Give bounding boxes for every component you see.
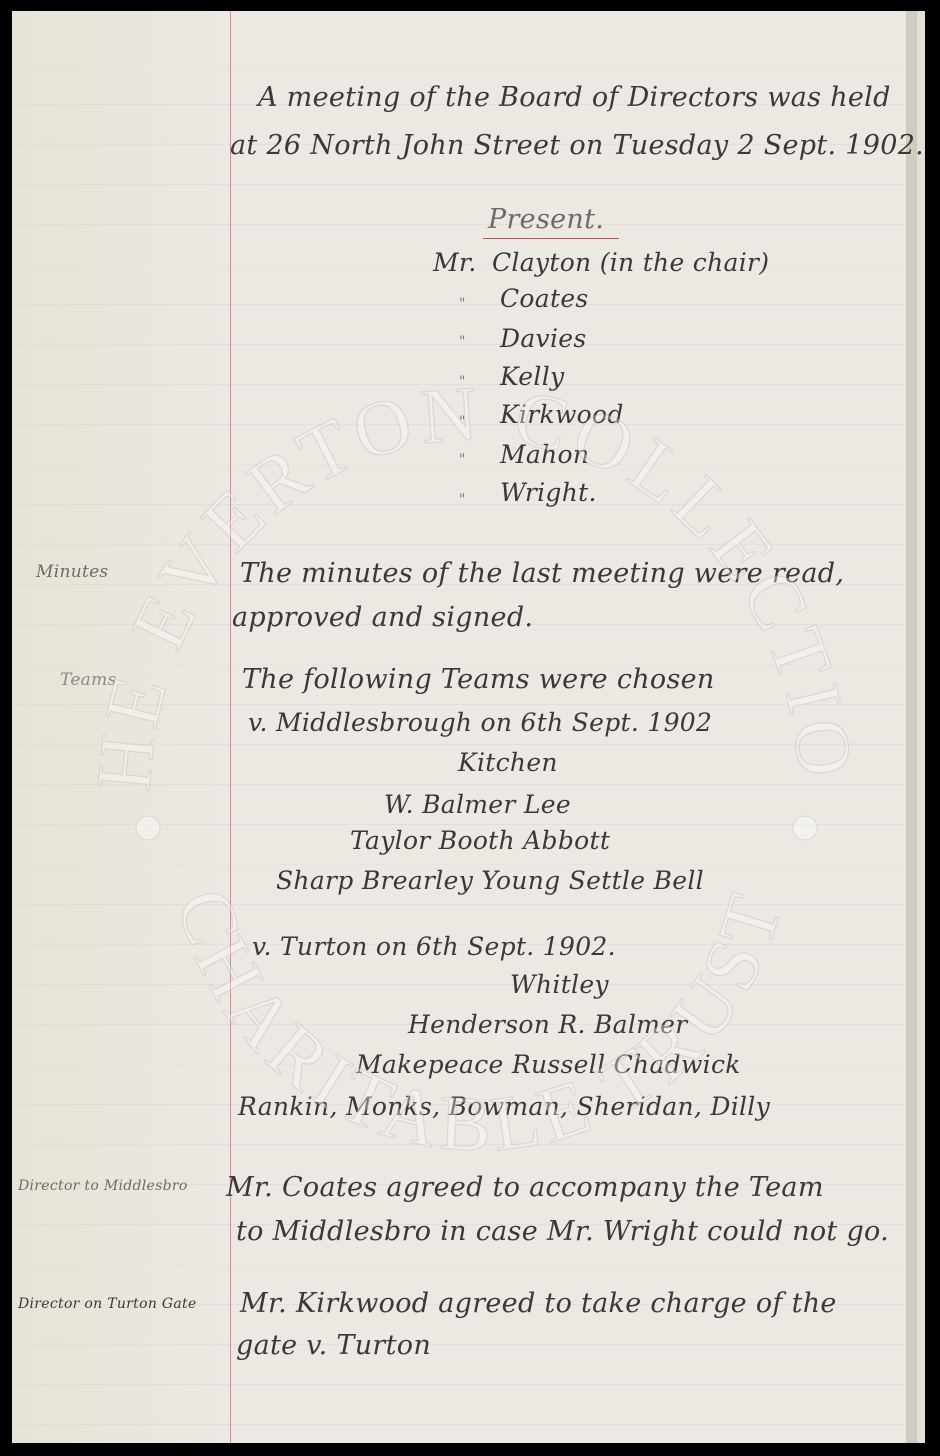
heading-line-1: A meeting of the Board of Directors was …: [258, 82, 891, 113]
present-member: Mahon: [500, 440, 589, 469]
ditto-mark: ": [459, 492, 465, 508]
present-member: Davies: [500, 324, 587, 353]
minutes-line-2: approved and signed.: [232, 602, 533, 633]
team2-fixture: v. Turton on 6th Sept. 1902.: [252, 932, 616, 961]
page-edge-strip: [906, 11, 917, 1443]
team1-row: Sharp Brearley Young Settle Bell: [276, 866, 704, 895]
present-member: Wright.: [500, 478, 597, 507]
present-underline: [483, 238, 619, 239]
director-middlesbro-line-2: to Middlesbro in case Mr. Wright could n…: [236, 1216, 889, 1247]
heading-line-2: at 26 North John Street on Tuesday 2 Sep…: [230, 130, 924, 161]
ditto-mark: ": [459, 374, 465, 390]
present-member: Coates: [500, 284, 589, 313]
present-title: Present.: [488, 204, 604, 235]
team1-row: W. Balmer Lee: [384, 790, 571, 819]
margin-label-teams: Teams: [60, 670, 117, 690]
team1-row: Taylor Booth Abbott: [350, 826, 610, 855]
director-middlesbro-line-1: Mr. Coates agreed to accompany the Team: [226, 1172, 824, 1203]
ditto-mark: ": [459, 414, 465, 430]
ditto-mark: ": [459, 296, 465, 312]
page-edge-strip: [917, 11, 925, 1443]
team2-row: Makepeace Russell Chadwick: [356, 1050, 741, 1079]
present-member: Kelly: [500, 362, 564, 391]
present-prefix: Mr.: [433, 248, 477, 277]
team1-fixture: v. Middlesbrough on 6th Sept. 1902: [248, 708, 712, 737]
team2-row: Henderson R. Balmer: [408, 1010, 688, 1039]
margin-label-director-turton: Director on Turton Gate: [18, 1296, 197, 1312]
page-left-tint: [12, 11, 230, 1443]
director-turton-line-2: gate v. Turton: [236, 1330, 431, 1361]
margin-label-director-middlesbro: Director to Middlesbro: [18, 1178, 188, 1194]
present-member: Kirkwood: [500, 400, 624, 429]
margin-rule: [230, 11, 231, 1443]
team2-row: Whitley: [510, 970, 609, 999]
director-turton-line-1: Mr. Kirkwood agreed to take charge of th…: [240, 1288, 837, 1319]
team1-row: Kitchen: [458, 748, 558, 777]
teams-intro: The following Teams were chosen: [242, 664, 715, 695]
minutes-line-1: The minutes of the last meeting were rea…: [240, 558, 844, 589]
ditto-mark: ": [459, 452, 465, 468]
team2-row: Rankin, Monks, Bowman, Sheridan, Dilly: [238, 1092, 770, 1121]
ditto-mark: ": [459, 334, 465, 350]
margin-label-minutes: Minutes: [36, 562, 108, 582]
present-member: Clayton (in the chair): [492, 248, 769, 277]
